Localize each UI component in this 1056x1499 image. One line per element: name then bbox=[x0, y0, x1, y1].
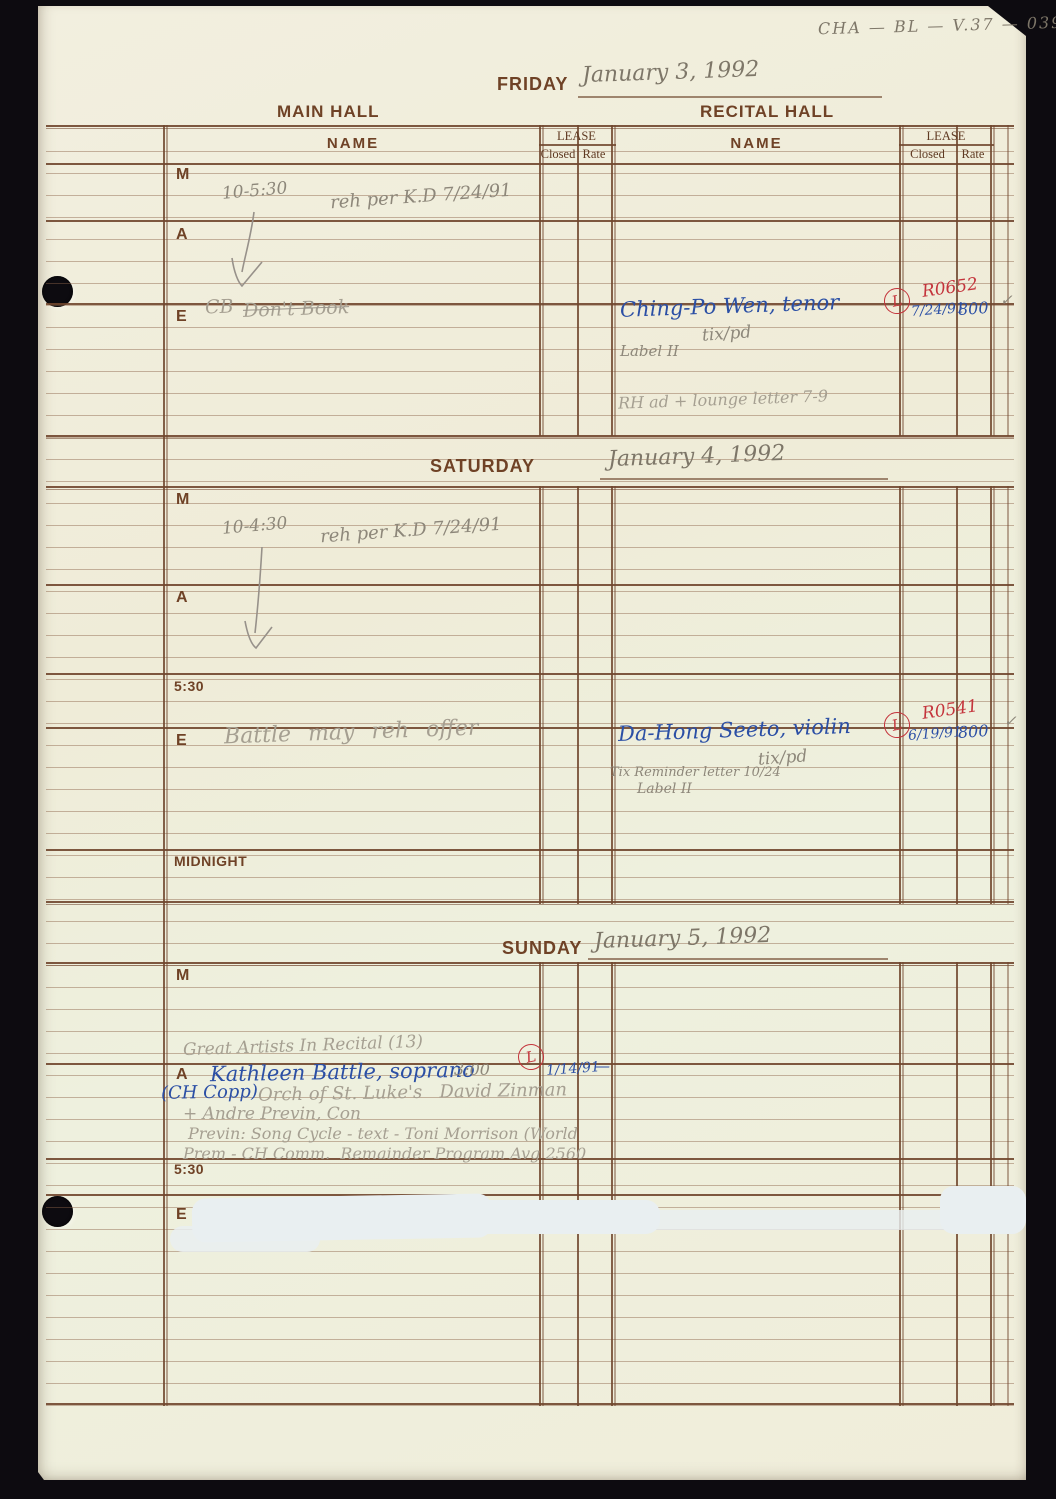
grid-vline bbox=[611, 486, 613, 904]
grid-line bbox=[46, 486, 1014, 488]
row-label-e: E bbox=[176, 1206, 187, 1224]
row-label-530: 5:30 bbox=[174, 678, 204, 694]
grid-vline bbox=[990, 962, 992, 1406]
entry-program-line1: Previn: Song Cycle - text - Toni Morriso… bbox=[188, 1126, 578, 1142]
grid-line bbox=[46, 125, 1014, 127]
grid-vline bbox=[902, 486, 904, 904]
row-label-a: A bbox=[176, 1066, 188, 1084]
entry-copresenter: (CH Copp) bbox=[161, 1083, 258, 1103]
row-label-m: M bbox=[176, 967, 189, 985]
grid-line bbox=[46, 962, 1014, 964]
grid-line bbox=[46, 673, 1014, 675]
grid-vline bbox=[542, 125, 544, 436]
grid-vline bbox=[990, 486, 992, 904]
day-title-sunday: SUNDAY bbox=[502, 938, 582, 959]
recital-rate-header: Rate bbox=[956, 147, 990, 162]
grid-vline bbox=[166, 125, 168, 1406]
whiteout-correction bbox=[170, 1226, 320, 1252]
down-arrow-annotation bbox=[224, 210, 272, 292]
entry-evening-hold-struck: Don't Book bbox=[243, 298, 350, 321]
entry-evening-hold: CB bbox=[205, 298, 234, 318]
recital-name-column-header: NAME bbox=[614, 135, 899, 152]
recital-closed-header: Closed bbox=[899, 147, 956, 162]
grid-line bbox=[46, 303, 1014, 305]
grid-vline bbox=[899, 486, 901, 904]
grid-vline bbox=[542, 962, 544, 1406]
lease-rate-value: — bbox=[594, 1058, 610, 1074]
grid-vline bbox=[993, 486, 995, 904]
entry-program-line2: Prem - CH Comm. Remainder Program Avg 25… bbox=[183, 1146, 586, 1162]
entry-time: 3:00 bbox=[454, 1062, 490, 1078]
row-label-e: E bbox=[176, 308, 187, 326]
scanned-booking-ledger-page: { "archive_code": "CHA — BL — V.37 — 039… bbox=[0, 0, 1056, 1499]
entry-tix-reminder: Tix Reminder letter 10/24 bbox=[610, 766, 781, 779]
lease-closed-date: 6/19/91 bbox=[908, 725, 963, 743]
grid-line bbox=[46, 438, 1014, 439]
grid-vline bbox=[577, 962, 579, 1406]
main-rate-header: Rate bbox=[577, 147, 611, 162]
grid-line bbox=[46, 1403, 1014, 1405]
grid-vline bbox=[1007, 962, 1009, 1406]
whiteout-correction bbox=[640, 1210, 960, 1230]
date-underline bbox=[588, 958, 888, 960]
grid-vline bbox=[990, 125, 992, 436]
lease-rate-value: 800 bbox=[957, 723, 989, 741]
grid-line bbox=[46, 904, 1014, 905]
grid-vline bbox=[956, 962, 958, 1406]
grid-vline bbox=[611, 125, 613, 436]
grid-line bbox=[46, 163, 1014, 165]
grid-line bbox=[46, 1194, 1014, 1196]
date-underline bbox=[600, 478, 888, 480]
row-label-530: 5:30 bbox=[174, 1161, 204, 1177]
lease-closed-date: 1/14/91 bbox=[546, 1060, 601, 1078]
whiteout-correction bbox=[940, 1186, 1026, 1234]
row-label-e: E bbox=[176, 732, 187, 750]
entry-label-note: Label II bbox=[620, 344, 679, 359]
grid-line bbox=[46, 220, 1014, 222]
grid-vline bbox=[1007, 125, 1009, 436]
grid-vline bbox=[614, 962, 616, 1406]
day-title-saturday: SATURDAY bbox=[430, 456, 535, 477]
grid-line bbox=[46, 435, 1014, 437]
grid-vline bbox=[1007, 486, 1009, 904]
grid-line bbox=[46, 849, 1014, 851]
grid-vline bbox=[539, 962, 541, 1406]
grid-line bbox=[46, 489, 1014, 490]
grid-vline bbox=[899, 125, 901, 436]
grid-vline bbox=[577, 486, 579, 904]
whiteout-correction bbox=[470, 1200, 660, 1234]
grid-vline bbox=[899, 962, 901, 1406]
down-arrow-annotation bbox=[240, 545, 280, 653]
grid-vline bbox=[902, 125, 904, 436]
grid-line bbox=[46, 727, 1014, 729]
grid-line bbox=[46, 584, 1014, 586]
lease-rate-value: 800 bbox=[957, 300, 989, 318]
entry-tix-paid: tix/pd bbox=[701, 324, 751, 344]
grid-vline bbox=[614, 125, 616, 436]
grid-line bbox=[46, 901, 1014, 903]
grid-line bbox=[46, 128, 1014, 129]
grid-line bbox=[46, 965, 1014, 966]
grid-vline bbox=[956, 486, 958, 904]
entry-conductor: + Andre Previn, Con bbox=[183, 1106, 361, 1123]
recital-hall-heading: RECITAL HALL bbox=[700, 102, 834, 122]
row-label-midnight: MIDNIGHT bbox=[174, 853, 247, 869]
grid-vline bbox=[539, 125, 541, 436]
date-underline bbox=[578, 96, 882, 98]
entry-label-note: Label II bbox=[637, 782, 692, 796]
recital-lease-header: LEASE bbox=[899, 129, 993, 144]
grid-vline bbox=[614, 486, 616, 904]
grid-vline bbox=[577, 125, 579, 436]
lease-header-divider bbox=[899, 144, 994, 146]
grid-vline bbox=[163, 125, 165, 1406]
lease-checkmark: ✓ bbox=[1000, 293, 1013, 308]
grid-vline bbox=[611, 962, 613, 1406]
grid-vline bbox=[902, 962, 904, 1406]
grid-vline bbox=[542, 486, 544, 904]
grid-vline bbox=[993, 962, 995, 1406]
grid-vline bbox=[993, 125, 995, 436]
grid-vline bbox=[539, 486, 541, 904]
main-lease-header: LEASE bbox=[539, 129, 614, 144]
main-hall-heading: MAIN HALL bbox=[277, 102, 379, 122]
row-label-m: M bbox=[176, 491, 189, 509]
row-label-a: A bbox=[176, 589, 188, 607]
row-label-m: M bbox=[176, 166, 189, 184]
main-name-column-header: NAME bbox=[167, 135, 539, 152]
main-closed-header: Closed bbox=[539, 147, 577, 162]
day-title-friday: FRIDAY bbox=[497, 74, 568, 95]
lease-checkmark: ✓ bbox=[1004, 714, 1017, 729]
row-label-a: A bbox=[176, 226, 188, 244]
